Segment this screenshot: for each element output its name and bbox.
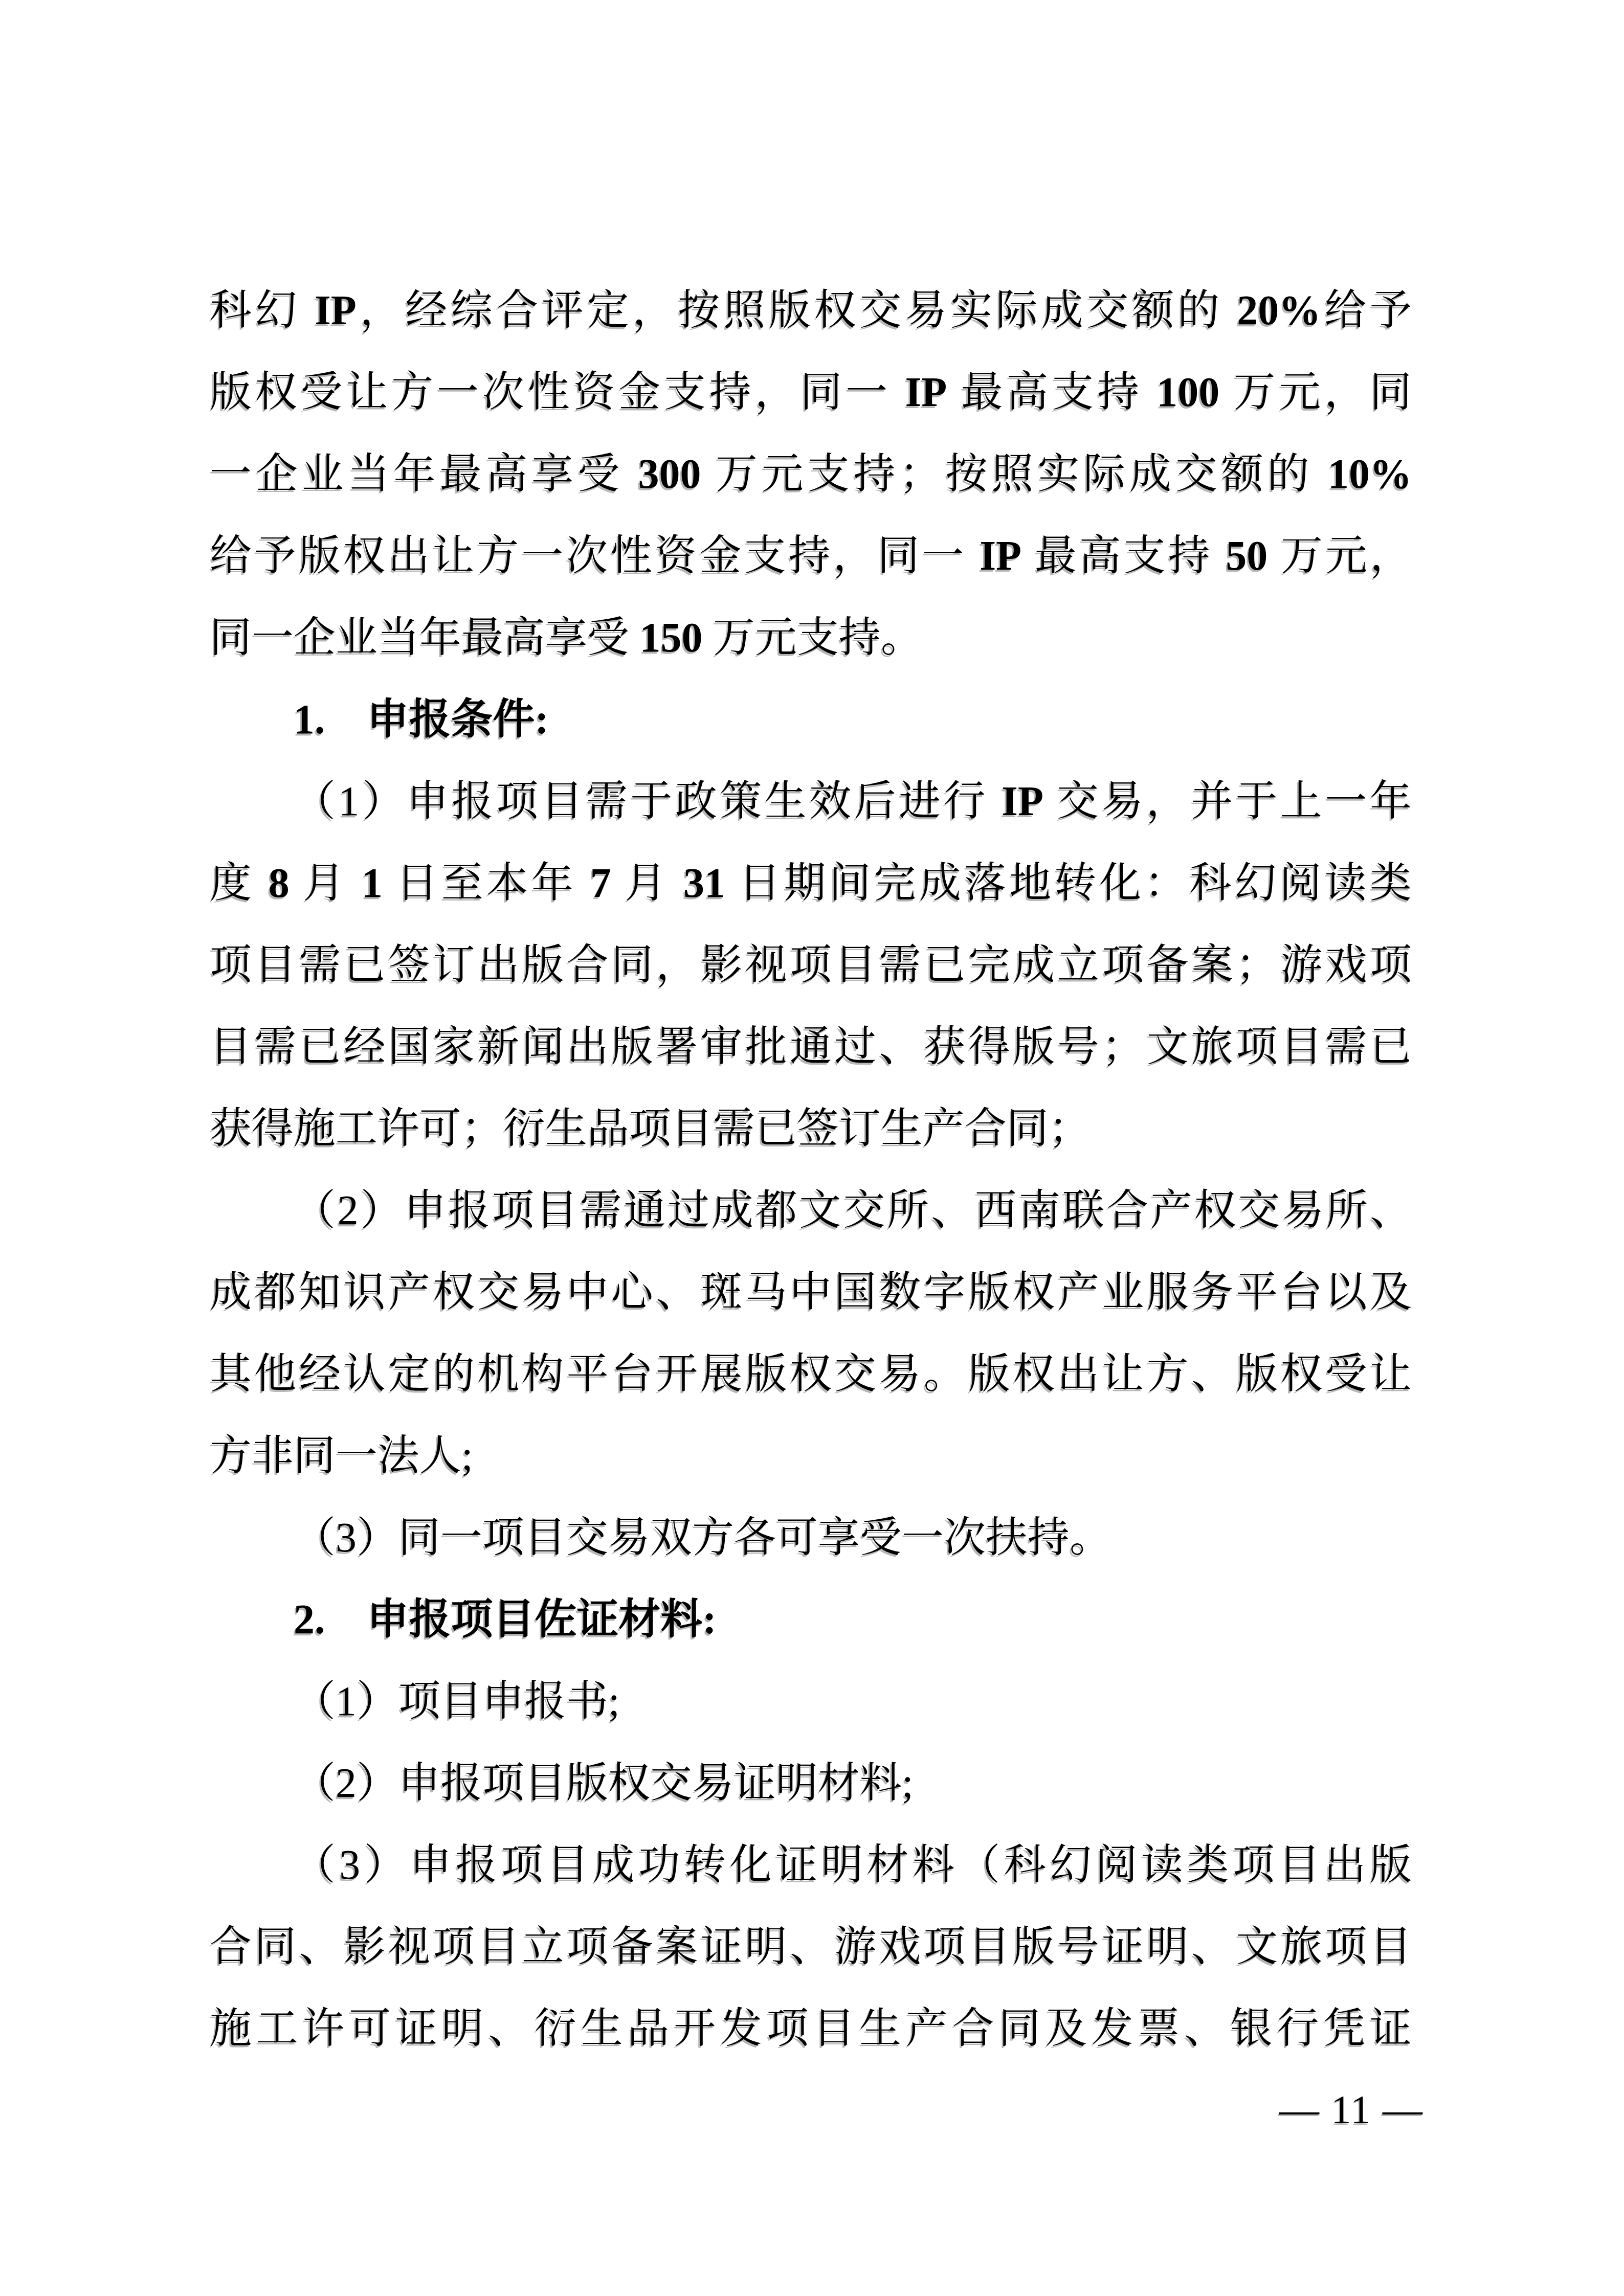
cjk-text-segment: 科幻 bbox=[210, 287, 315, 333]
text-line: 成都知识产权交易中心、斑马中国数字版权产业服务平台以及 bbox=[210, 1251, 1412, 1333]
text-line: 合同、影视项目立项备案证明、游戏项目版号证明、文旅项目 bbox=[210, 1906, 1412, 1988]
text-line: 一企业当年最高享受 300 万元支持；按照实际成交额的 10% bbox=[210, 433, 1412, 515]
text-line: 项目需已签订出版合同，影视项目需已完成立项备案；游戏项 bbox=[210, 924, 1412, 1006]
text-line: 2. 申报项目佐证材料: bbox=[210, 1579, 1412, 1660]
cjk-text-segment: 最高支持 bbox=[947, 369, 1156, 415]
latin-text-segment: 7 bbox=[590, 860, 611, 906]
latin-text-segment: IP bbox=[315, 287, 357, 333]
cjk-text-segment: 目需已经国家新闻出版署审批通过、获得版号；文旅项目需已 bbox=[210, 1023, 1412, 1070]
latin-text-segment: 1. bbox=[294, 696, 325, 742]
text-line: （1）项目申报书; bbox=[210, 1660, 1412, 1742]
cjk-text-segment: （2）申报项目版权交易证明材料; bbox=[294, 1760, 914, 1806]
text-line: 获得施工许可；衍生品项目需已签订生产合同； bbox=[210, 1088, 1412, 1169]
cjk-text-segment: 给予 bbox=[1321, 287, 1412, 333]
cjk-text-segment: 同一企业当年最高享受 bbox=[210, 614, 640, 661]
text-line: 给予版权出让方一次性资金支持，同一 IP 最高支持 50 万元， bbox=[210, 515, 1412, 597]
cjk-text-segment: 申报条件: bbox=[325, 696, 549, 742]
cjk-text-segment: （1）项目申报书; bbox=[294, 1678, 620, 1724]
cjk-text-segment: 成都知识产权交易中心、斑马中国数字版权产业服务平台以及 bbox=[210, 1269, 1412, 1315]
document-body: 科幻 IP，经综合评定，按照版权交易实际成交额的 20%给予版权受让方一次性资金… bbox=[210, 269, 1412, 2069]
text-line: （2）申报项目需通过成都文交所、西南联合产权交易所、 bbox=[210, 1169, 1412, 1251]
text-line: （3）申报项目成功转化证明材料（科幻阅读类项目出版 bbox=[210, 1824, 1412, 1906]
cjk-text-segment: 申报项目佐证材料: bbox=[325, 1596, 717, 1642]
cjk-text-segment: 给予版权出让方一次性资金支持，同一 bbox=[210, 532, 980, 579]
text-line: （2）申报项目版权交易证明材料; bbox=[210, 1742, 1412, 1824]
text-line: 施工许可证明、衍生品开发项目生产合同及发票、银行凭证 bbox=[210, 1988, 1412, 2069]
cjk-text-segment: 其他经认定的机构平台开展版权交易。版权出让方、版权受让 bbox=[210, 1350, 1412, 1397]
cjk-text-segment: 最高支持 bbox=[1021, 532, 1226, 579]
cjk-text-segment: 版权受让方一次性资金支持，同一 bbox=[210, 369, 905, 415]
cjk-text-segment: 万元支持。 bbox=[703, 614, 923, 661]
cjk-text-segment: 获得施工许可；衍生品项目需已签订生产合同； bbox=[210, 1105, 1091, 1152]
text-line: 1. 申报条件: bbox=[210, 679, 1412, 760]
cjk-text-segment: ，经综合评定，按照版权交易实际成交额的 bbox=[357, 287, 1237, 333]
latin-text-segment: 8 bbox=[269, 860, 290, 906]
cjk-text-segment: 施工许可证明、衍生品开发项目生产合同及发票、银行凭证 bbox=[210, 2005, 1412, 2052]
cjk-text-segment: 度 bbox=[210, 860, 269, 906]
latin-text-segment: 300 bbox=[638, 451, 701, 497]
text-line: 目需已经国家新闻出版署审批通过、获得版号；文旅项目需已 bbox=[210, 1006, 1412, 1088]
latin-text-segment: 50 bbox=[1226, 532, 1267, 579]
latin-text-segment: IP bbox=[980, 532, 1021, 579]
cjk-text-segment: 一企业当年最高享受 bbox=[210, 451, 638, 497]
text-line: （3）同一项目交易双方各可享受一次扶持。 bbox=[210, 1497, 1412, 1579]
cjk-text-segment: 日期间完成落地转化：科幻阅读类 bbox=[725, 860, 1412, 906]
text-line: 方非同一法人; bbox=[210, 1415, 1412, 1497]
latin-text-segment: 150 bbox=[640, 614, 703, 661]
cjk-text-segment: 项目需已签订出版合同，影视项目需已完成立项备案；游戏项 bbox=[210, 941, 1412, 988]
cjk-text-segment: 交易，并于上一年 bbox=[1043, 778, 1412, 824]
latin-text-segment: 20% bbox=[1237, 287, 1321, 333]
cjk-text-segment: （1）申报项目需于政策生效后进行 bbox=[294, 778, 1002, 824]
latin-text-segment: 10% bbox=[1328, 451, 1412, 497]
cjk-text-segment: 月 bbox=[290, 860, 362, 906]
cjk-text-segment: （2）申报项目需通过成都文交所、西南联合产权交易所、 bbox=[294, 1187, 1412, 1233]
cjk-text-segment: 万元支持；按照实际成交额的 bbox=[701, 451, 1328, 497]
text-line: 科幻 IP，经综合评定，按照版权交易实际成交额的 20%给予 bbox=[210, 269, 1412, 351]
cjk-text-segment: 合同、影视项目立项备案证明、游戏项目版号证明、文旅项目 bbox=[210, 1923, 1412, 1970]
cjk-text-segment: 月 bbox=[611, 860, 683, 906]
latin-text-segment: 31 bbox=[683, 860, 725, 906]
cjk-text-segment: 万元， bbox=[1267, 532, 1412, 579]
latin-text-segment: IP bbox=[905, 369, 947, 415]
document-page: 科幻 IP，经综合评定，按照版权交易实际成交额的 20%给予版权受让方一次性资金… bbox=[0, 0, 1624, 2296]
cjk-text-segment: （3）同一项目交易双方各可享受一次扶持。 bbox=[294, 1514, 1111, 1561]
text-line: 同一企业当年最高享受 150 万元支持。 bbox=[210, 597, 1412, 679]
latin-text-segment: 2. bbox=[294, 1596, 325, 1642]
cjk-text-segment: 方非同一法人; bbox=[210, 1432, 473, 1479]
text-line: （1）申报项目需于政策生效后进行 IP 交易，并于上一年 bbox=[210, 760, 1412, 842]
cjk-text-segment: （3）申报项目成功转化证明材料（科幻阅读类项目出版 bbox=[294, 1841, 1412, 1888]
latin-text-segment: IP bbox=[1002, 778, 1043, 824]
text-line: 版权受让方一次性资金支持，同一 IP 最高支持 100 万元，同 bbox=[210, 351, 1412, 433]
text-line: 其他经认定的机构平台开展版权交易。版权出让方、版权受让 bbox=[210, 1333, 1412, 1415]
cjk-text-segment: 日至本年 bbox=[383, 860, 590, 906]
latin-text-segment: 1 bbox=[362, 860, 383, 906]
text-line: 度 8 月 1 日至本年 7 月 31 日期间完成落地转化：科幻阅读类 bbox=[210, 842, 1412, 924]
cjk-text-segment: 万元，同 bbox=[1219, 369, 1412, 415]
latin-text-segment: 100 bbox=[1156, 369, 1219, 415]
page-number: — 11 — bbox=[1279, 2089, 1423, 2130]
